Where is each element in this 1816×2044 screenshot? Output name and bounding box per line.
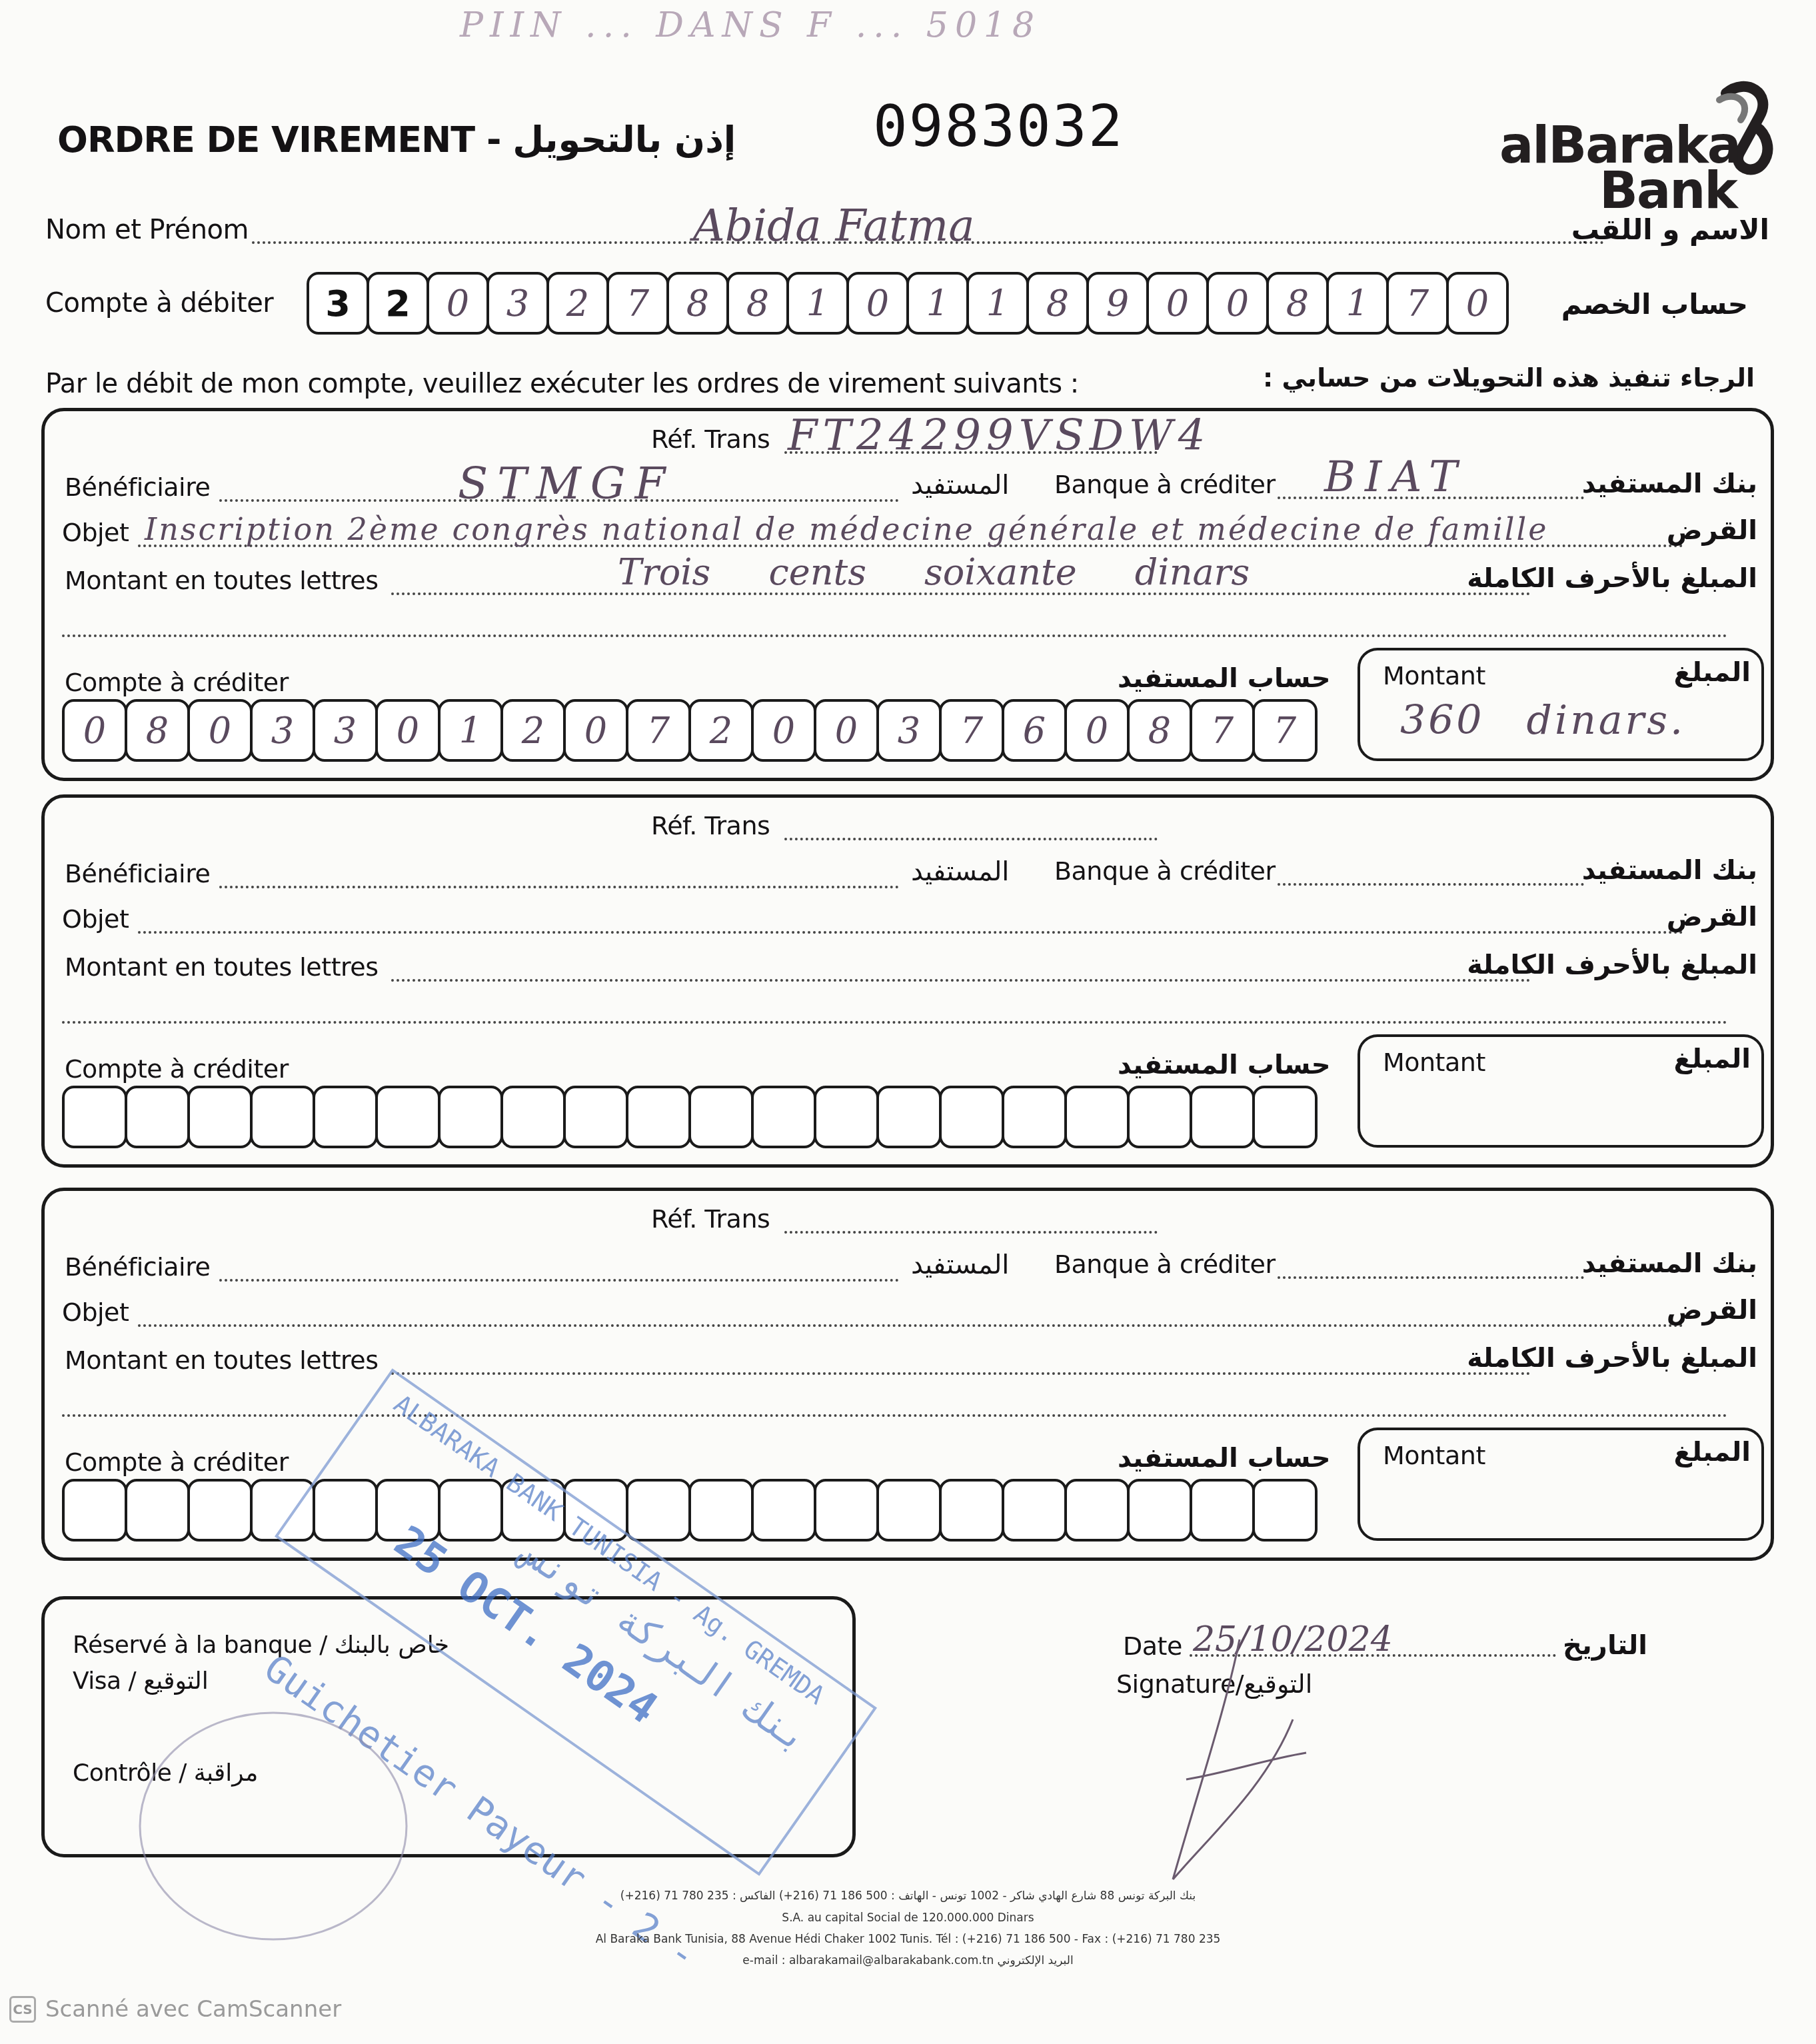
montant-lettres-label-ar: المبلغ بالأحرف الكاملة xyxy=(1467,563,1757,594)
ref-trans-label: Réf. Trans xyxy=(651,1204,770,1234)
debit-digit-box[interactable]: 0 xyxy=(1146,272,1209,335)
banque-label-fr: Banque à créditer xyxy=(1054,1250,1276,1279)
credit-digit-box[interactable] xyxy=(939,1086,1004,1148)
beneficiaire-label-ar: المستفيد xyxy=(911,1250,1009,1280)
banque-line xyxy=(1278,1276,1584,1279)
banque-label-ar: بنك المستفيد xyxy=(1582,1248,1757,1279)
amount-box[interactable]: Montant المبلغ xyxy=(1358,1034,1764,1148)
debit-digit-box[interactable]: 2 xyxy=(546,272,609,335)
credit-digit-box[interactable]: 3 xyxy=(876,699,942,762)
amount-label-ar: المبلغ xyxy=(1673,1044,1751,1074)
credit-digit-box[interactable] xyxy=(1190,1086,1255,1148)
credit-digit-box[interactable] xyxy=(1252,1086,1318,1148)
debit-digit-box[interactable]: 0 xyxy=(1206,272,1269,335)
debit-label-fr: Compte à débiter xyxy=(45,288,273,319)
debit-digit-box[interactable]: 1 xyxy=(906,272,969,335)
credit-digit-box[interactable] xyxy=(125,1086,190,1148)
amount-label-ar: المبلغ xyxy=(1673,657,1751,688)
amount-label-ar: المبلغ xyxy=(1673,1437,1751,1468)
credit-account-boxes[interactable] xyxy=(62,1479,1315,1541)
montant-lettres-line xyxy=(391,979,1531,982)
debit-account-boxes[interactable]: 32032788101189008170 xyxy=(307,272,1506,335)
ref-trans-line xyxy=(784,1231,1158,1234)
debit-digit-box[interactable]: 1 xyxy=(786,272,849,335)
credit-digit-box[interactable] xyxy=(62,1479,127,1541)
credit-digit-box[interactable] xyxy=(500,1086,566,1148)
credit-digit-box[interactable] xyxy=(187,1479,253,1541)
ref-trans-line xyxy=(784,838,1158,840)
compte-crediter-label-fr: Compte à créditer xyxy=(65,1448,289,1477)
credit-digit-box[interactable] xyxy=(814,1479,879,1541)
credit-digit-box[interactable]: 0 xyxy=(563,699,628,762)
transfer-block: Réf. Trans Bénéficiaire المستفيد Banque … xyxy=(41,794,1774,1168)
credit-digit-box[interactable] xyxy=(876,1086,942,1148)
montant-lettres-line xyxy=(391,1372,1531,1375)
credit-digit-box[interactable] xyxy=(1002,1086,1067,1148)
credit-digit-box[interactable]: 2 xyxy=(500,699,566,762)
credit-digit-box[interactable] xyxy=(688,1479,754,1541)
banque-field[interactable]: BIAT xyxy=(1324,453,1467,502)
credit-digit-box[interactable]: 7 xyxy=(626,699,691,762)
credit-digit-box[interactable]: 0 xyxy=(187,699,253,762)
serial-number: 0983032 xyxy=(873,93,1124,160)
credit-digit-box[interactable]: 3 xyxy=(250,699,315,762)
date-label-ar: التاريخ xyxy=(1563,1630,1647,1661)
credit-digit-box[interactable] xyxy=(876,1479,942,1541)
credit-digit-box[interactable] xyxy=(250,1086,315,1148)
credit-digit-box[interactable] xyxy=(626,1479,691,1541)
credit-digit-box[interactable] xyxy=(1252,1479,1318,1541)
credit-digit-box[interactable]: 2 xyxy=(688,699,754,762)
credit-digit-box[interactable]: 0 xyxy=(814,699,879,762)
camscanner-watermark: CS Scanné avec CamScanner xyxy=(9,1996,341,2023)
teller-stamp-circle xyxy=(133,1706,413,1946)
objet-field[interactable]: Inscription 2ème congrès national de méd… xyxy=(145,511,1548,547)
credit-digit-box[interactable] xyxy=(313,1086,378,1148)
credit-digit-box[interactable]: 6 xyxy=(1002,699,1067,762)
amount-box[interactable]: Montant المبلغ xyxy=(1358,1428,1764,1541)
debit-digit-box[interactable]: 3 xyxy=(486,272,549,335)
credit-digit-box[interactable]: 0 xyxy=(751,699,816,762)
credit-digit-box[interactable] xyxy=(1064,1086,1130,1148)
footer-line3: Al Baraka Bank Tunisia, 88 Avenue Hédi C… xyxy=(0,1933,1816,1946)
debit-digit-box[interactable]: 8 xyxy=(1266,272,1329,335)
debit-digit-box[interactable]: 1 xyxy=(1326,272,1389,335)
beneficiaire-field[interactable]: STMGF xyxy=(458,458,674,509)
credit-digit-box[interactable] xyxy=(375,1086,441,1148)
credit-digit-box[interactable]: 7 xyxy=(1190,699,1255,762)
name-label-ar: الاسم و اللقب xyxy=(1571,213,1769,246)
debit-digit-box[interactable]: 9 xyxy=(1086,272,1149,335)
credit-digit-box[interactable] xyxy=(1002,1479,1067,1541)
credit-digit-box[interactable]: 8 xyxy=(125,699,190,762)
debit-digit-box[interactable]: 8 xyxy=(666,272,729,335)
beneficiaire-label-ar: المستفيد xyxy=(911,856,1009,887)
name-label-fr: Nom et Prénom xyxy=(45,215,249,245)
top-scribble: PIIN ... DANS F ... 5018 xyxy=(460,5,1041,45)
reserved-label: Réservé à la banque / خاص بالبنك xyxy=(73,1631,449,1659)
debit-digit-box[interactable]: 8 xyxy=(726,272,789,335)
ref-trans-field[interactable]: FT24299VSDW4 xyxy=(788,411,1211,461)
extra-line xyxy=(62,634,1728,637)
banque-line xyxy=(1278,883,1584,886)
instruction-ar: الرجاء تنفيذ هذه التحويلات من حسابي : xyxy=(1263,363,1755,393)
ref-trans-label: Réf. Trans xyxy=(651,811,770,840)
objet-label-ar: القرض xyxy=(1667,902,1757,932)
credit-digit-box[interactable]: 7 xyxy=(1252,699,1318,762)
compte-crediter-label-ar: حساب المستفيد xyxy=(1118,663,1330,694)
banque-label-fr: Banque à créditer xyxy=(1054,856,1276,886)
credit-digit-box[interactable] xyxy=(626,1086,691,1148)
credit-digit-box[interactable] xyxy=(688,1086,754,1148)
credit-digit-box[interactable] xyxy=(438,1086,503,1148)
form-title-fr: ORDRE DE VIREMENT - xyxy=(57,119,500,161)
credit-digit-box[interactable] xyxy=(1190,1479,1255,1541)
banque-label-ar: بنك المستفيد xyxy=(1582,855,1757,886)
extra-line xyxy=(62,1414,1728,1417)
compte-crediter-label-ar: حساب المستفيد xyxy=(1118,1443,1330,1474)
credit-digit-box[interactable]: 0 xyxy=(375,699,441,762)
credit-digit-box[interactable]: 8 xyxy=(1127,699,1192,762)
debit-digit-box[interactable]: 1 xyxy=(966,272,1029,335)
montant-lettres-label-ar: المبلغ بالأحرف الكاملة xyxy=(1467,950,1757,980)
debit-digit-box[interactable]: 3 xyxy=(307,272,369,335)
beneficiaire-line xyxy=(219,1279,899,1282)
form-title: ORDRE DE VIREMENT - إذن بالتحويل xyxy=(57,119,736,161)
camscanner-icon: CS xyxy=(9,1996,36,2023)
credit-digit-box[interactable] xyxy=(125,1479,190,1541)
form-title-ar: إذن بالتحويل xyxy=(512,119,736,161)
beneficiaire-line xyxy=(219,886,899,888)
objet-label-ar: القرض xyxy=(1667,1295,1757,1326)
compte-crediter-label-fr: Compte à créditer xyxy=(65,668,289,697)
bank-logo: alBaraka Bank xyxy=(1499,80,1779,213)
amount-label-fr: Montant xyxy=(1383,1048,1485,1077)
credit-digit-box[interactable]: 1 xyxy=(438,699,503,762)
credit-digit-box[interactable] xyxy=(1127,1479,1192,1541)
credit-digit-box[interactable] xyxy=(939,1479,1004,1541)
montant-lettres-label-fr: Montant en toutes lettres xyxy=(65,1346,379,1375)
transfer-block: Réf. Trans FT24299VSDW4 Bénéficiaire STM… xyxy=(41,408,1774,781)
ref-trans-label: Réf. Trans xyxy=(651,425,770,454)
credit-digit-box[interactable] xyxy=(1127,1086,1192,1148)
beneficiaire-label-fr: Bénéficiaire xyxy=(65,473,210,502)
credit-digit-box[interactable] xyxy=(751,1479,816,1541)
debit-digit-box[interactable]: 7 xyxy=(1386,272,1449,335)
montant-lettres-field[interactable]: Trois cents soixante dinars xyxy=(618,551,1250,593)
credit-digit-box[interactable] xyxy=(814,1086,879,1148)
banque-label-ar: بنك المستفيد xyxy=(1582,469,1757,499)
credit-digit-box[interactable] xyxy=(563,1086,628,1148)
name-field[interactable]: Abida Fatma xyxy=(693,200,975,251)
debit-label-ar: حساب الخصم xyxy=(1561,288,1748,321)
objet-label-fr: Objet xyxy=(62,904,129,934)
camscanner-label: Scanné avec CamScanner xyxy=(45,1996,341,2023)
compte-crediter-label-ar: حساب المستفيد xyxy=(1118,1050,1330,1080)
instruction-fr: Par le débit de mon compte, veuillez exé… xyxy=(45,369,1079,399)
footer-line1: بنك البركة تونس 88 شارع الهادي شاكر - 10… xyxy=(0,1889,1816,1903)
debit-digit-box[interactable]: 0 xyxy=(846,272,909,335)
beneficiaire-label-ar: المستفيد xyxy=(911,470,1009,501)
credit-digit-box[interactable] xyxy=(187,1086,253,1148)
objet-line xyxy=(138,931,1684,934)
amount-label-fr: Montant xyxy=(1383,1441,1485,1470)
beneficiaire-label-fr: Bénéficiaire xyxy=(65,859,210,888)
objet-line xyxy=(138,1324,1684,1327)
debit-digit-box[interactable]: 7 xyxy=(606,272,669,335)
debit-digit-box[interactable]: 2 xyxy=(367,272,429,335)
credit-digit-box[interactable]: 3 xyxy=(313,699,378,762)
debit-digit-box[interactable]: 0 xyxy=(427,272,489,335)
signature-scribble xyxy=(1133,1613,1399,1893)
credit-digit-box[interactable]: 7 xyxy=(939,699,1004,762)
objet-label-fr: Objet xyxy=(62,1298,129,1327)
montant-lettres-label-ar: المبلغ بالأحرف الكاملة xyxy=(1467,1343,1757,1374)
credit-account-boxes[interactable]: 08033012072003760877 xyxy=(62,699,1315,762)
logo-line2: Bank xyxy=(1599,165,1737,216)
compte-crediter-label-fr: Compte à créditer xyxy=(65,1054,289,1084)
credit-digit-box[interactable] xyxy=(751,1086,816,1148)
credit-account-boxes[interactable] xyxy=(62,1086,1315,1148)
objet-label-fr: Objet xyxy=(62,518,129,547)
amount-label-fr: Montant xyxy=(1383,661,1485,690)
montant-lettres-label-fr: Montant en toutes lettres xyxy=(65,566,379,595)
amount-box[interactable]: Montant المبلغ 360 dinars. xyxy=(1358,648,1764,761)
objet-label-ar: القرض xyxy=(1667,515,1757,546)
visa-label: Visa / التوقيع xyxy=(73,1667,209,1695)
credit-digit-box[interactable]: 0 xyxy=(62,699,127,762)
banque-label-fr: Banque à créditer xyxy=(1054,470,1276,499)
credit-digit-box[interactable] xyxy=(1064,1479,1130,1541)
credit-digit-box[interactable]: 0 xyxy=(1064,699,1130,762)
footer-line2: S.A. au capital Social de 120.000.000 Di… xyxy=(0,1911,1816,1925)
footer-line4: e-mail : albarakamail@albarakabank.com.t… xyxy=(0,1954,1816,1967)
debit-digit-box[interactable]: 8 xyxy=(1026,272,1089,335)
montant-lettres-label-fr: Montant en toutes lettres xyxy=(65,952,379,982)
debit-digit-box[interactable]: 0 xyxy=(1446,272,1509,335)
credit-digit-box[interactable] xyxy=(62,1086,127,1148)
amount-field[interactable]: 360 dinars. xyxy=(1400,697,1685,744)
extra-line xyxy=(62,1021,1728,1024)
beneficiaire-label-fr: Bénéficiaire xyxy=(65,1252,210,1282)
